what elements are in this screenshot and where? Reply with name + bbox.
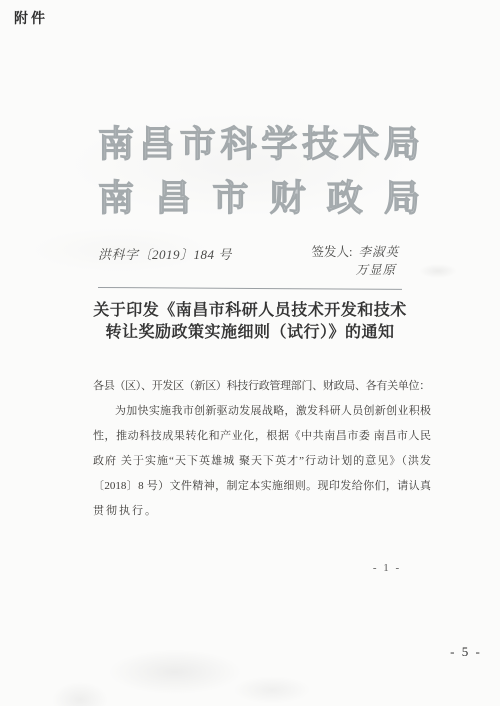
issuing-agency-header: 南昌市科学技术局 南昌市财政局 [98,124,420,218]
agency-name-finance-bureau: 南昌市财政局 [98,178,420,218]
scan-artifacts-overlay [0,0,500,706]
document-title-line-2: 转让奖励政策实施细则（试行）》的通知 [0,322,500,344]
agency-name-science-tech-bureau: 南昌市科学技术局 [98,124,420,164]
attachment-label: 附件 [14,8,48,28]
issuer-name-1: 李淑英 [358,245,399,259]
paragraph-line: 性，推动科技成果转化和产业化，根据《中共南昌市委 南昌市人民 [93,424,431,449]
salutation-line: 各县（区）、开发区（新区）科技行政管理部门、财政局、各有关单位： [93,374,431,399]
header-separator-line [98,287,402,290]
outer-page-number: - 5 - [436,644,496,660]
document-number: 洪科字〔2019〕184 号 [98,244,232,263]
scanned-document-page: 附件 南昌市科学技术局 南昌市财政局 洪科字〔2019〕184 号 签发人:李淑… [0,0,500,706]
issuer-block: 签发人:李淑英 万显原 [312,244,400,278]
paragraph-line: 为加快实施我市创新驱动发展战略，激发科研人员创新创业积极 [93,399,431,424]
issuer-line: 签发人:李淑英 [312,245,400,259]
document-body: 各县（区）、开发区（新区）科技行政管理部门、财政局、各有关单位： 为加快实施我市… [93,374,431,524]
document-title-line-1: 关于印发《南昌市科研人员技术开发和技术 [0,300,500,322]
document-title: 关于印发《南昌市科研人员技术开发和技术 转让奖励政策实施细则（试行）》的通知 [0,300,500,344]
paragraph-line: 政府 关于实施“天下英雄城 聚天下英才”行动计划的意见》（洪发 [93,449,431,474]
document-number-row: 洪科字〔2019〕184 号 签发人:李淑英 万显原 [98,244,399,278]
issuer-name-2: 万显原 [312,262,400,278]
inner-page-number: - 1 - [357,562,417,574]
paragraph-line: 〔2018〕8 号）文件精神，制定本实施细则。现印发给你们，请认真 [93,474,431,499]
paragraph-line: 贯彻执行。 [93,499,431,524]
issuer-label: 签发人: [312,245,353,259]
